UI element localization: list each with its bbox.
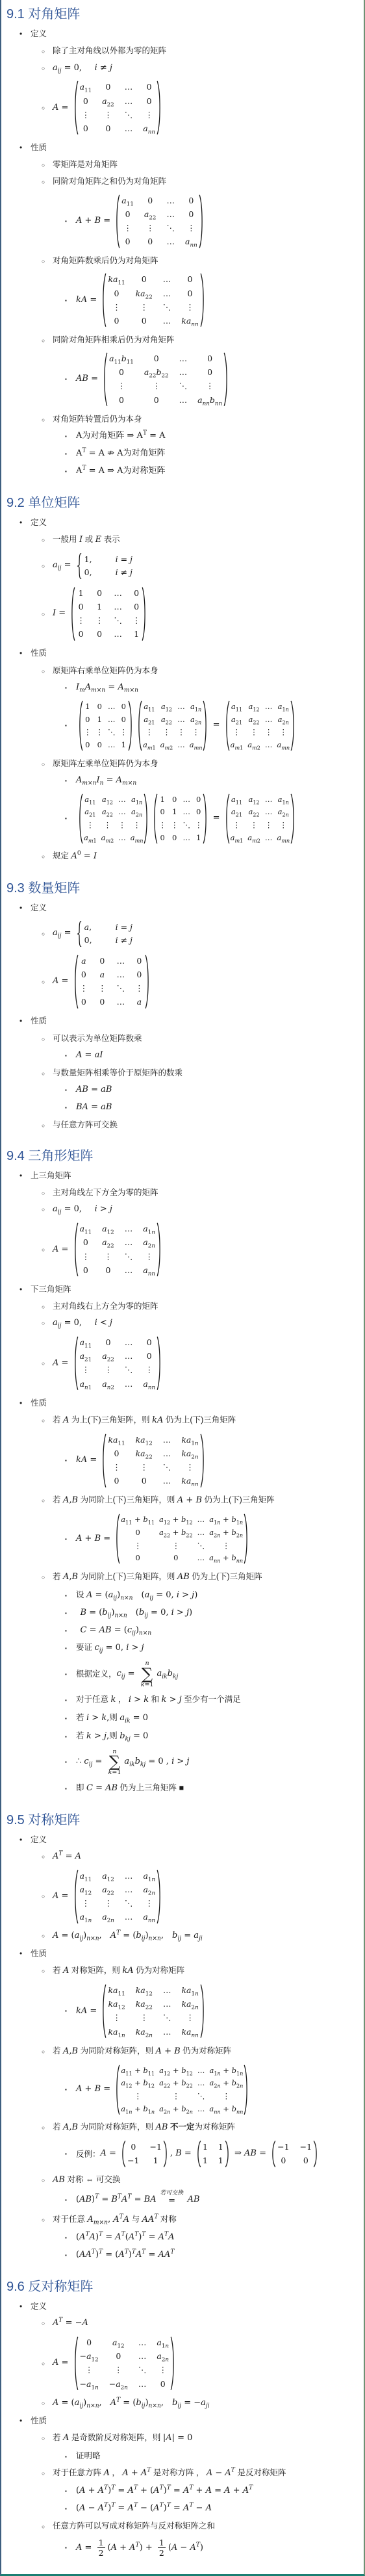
math-run: kA = [76,295,99,306]
text-run: 仍为上(下)三角矩阵 [202,1495,275,1505]
math-run: (A + AT)T = AT + (AT)T = AT + A = A + AT [76,2486,253,2497]
text-run: 仍为对称矩阵 [181,2046,232,2056]
list-item: •性质 [19,648,361,658]
circle-bullet-icon: ○ [42,48,53,55]
item-content: 若 A 是奇数阶反对称矩阵，则 |A| = 0 [53,2432,192,2444]
item-content: kA = ka11ka12…ka1nka12ka22…ka2n⋮⋮⋱⋮ka1nk… [76,1983,207,2039]
circle-bullet-icon: ○ [42,537,53,543]
square-bullet-icon: ▪ [65,1458,76,1463]
math-run: aij = 0, i > j [53,1204,112,1215]
matrix-cell: ⋱ [182,819,190,831]
item-content: aij = 0, i < j [53,1318,112,1329]
circle-bullet-icon: ○ [42,2217,53,2223]
text-run: 性质 [31,2415,47,2426]
list-item: ▪AT = A ⇒ A为对称矩阵 [65,466,361,477]
matrix: a0…00a…0⋮⋮⋱⋮00…a [73,954,150,1010]
matrix-cell: … [138,2378,147,2390]
matrix-cell: a [137,996,142,1008]
matrix-cell: ⋮ [233,727,241,738]
matrix-cell: am2 [247,740,260,751]
matrix-cell: ⋮ [172,1540,180,1551]
matrix-cell: a11 [231,701,242,712]
matrix-cell: … [125,81,133,93]
math-run: AB [53,2175,65,2186]
matrix-cell: 1 [79,587,84,599]
text-run: 上三角矩阵 [31,1170,71,1181]
list-item: ○主对角线左下方全为零的矩阵 [42,1187,361,1198]
math-run: A = [53,103,71,114]
list-item: ○对角矩阵转置后仍为本身 [42,414,361,424]
matrix-cell: a21 [231,806,242,818]
matrix-cell: −a1n [80,2378,99,2390]
list-item: ▪根据定义，cij = n∑k=1aikbkj [65,1660,361,1688]
circle-bullet-icon: ○ [42,979,53,985]
matrix-cell: ⋮ [134,2091,142,2102]
list-item: ▪若 k > j,则 bkj = 0 [65,1731,361,1742]
matrix-cell: a1n + b1n [209,1514,243,1525]
matrix-cell: … [197,2104,205,2115]
list-item: •性质 [19,1398,361,1408]
matrix-cell: ⋱ [125,1364,133,1376]
matrix-cell: ⋱ [117,983,125,994]
matrix-cell: a12 [248,701,259,712]
list-item: ▪反例：A = 0−1−11, B = 1111 ⇒ AB = −1−100 [65,2140,361,2168]
list-item: ○若 A,B 为同阶上(下)三角矩阵，则 AB 仍为上(下)三角矩阵 [42,1571,361,1583]
matrix-cell: 0 [79,628,84,640]
matrix-cell: ⋮ [133,819,141,831]
circle-bullet-icon: ○ [42,1853,53,1860]
matrix-grid: −1−100 [277,2141,312,2167]
matrix: a110…0a21a22…0⋮⋮⋱⋮an1an2…ann [73,1335,162,1391]
matrix-cell: 0 [97,701,102,712]
circle-bullet-icon: ○ [42,1246,53,1253]
matrix-paren-right-icon [203,701,208,751]
list-item: ▪证明略 [65,2451,361,2461]
matrix-cell: ann + bnn [209,2104,243,2115]
math-run: kA [152,1415,163,1426]
matrix-cell: ⋮ [206,380,214,392]
item-content: 主对角线右上方全为零的矩阵 [53,1301,158,1311]
list-item: •性质 [19,1948,361,1959]
matrix-cell: ka22 [136,288,153,300]
square-bullet-icon: ▪ [65,778,76,784]
math-run: A = [101,2148,120,2159]
matrix-cell: ⋮ [187,222,195,234]
circle-bullet-icon: ○ [42,853,53,860]
circle-bullet-icon: ○ [42,1036,53,1042]
item-content: 对于任意 Am×n, ATA 与 AAT 对称 [53,2214,177,2226]
matrix-paren-left-icon [78,793,83,844]
list-item: ○一般用 I 或 E 表示 [42,534,361,546]
circle-bullet-icon: ○ [42,611,53,617]
matrix-paren-right-icon [203,793,208,844]
matrix-cell: a [81,955,86,967]
item-content: 同阶对角矩阵之和仍为对角矩阵 [53,176,166,187]
matrix-cell: 0 [147,236,153,248]
list-item: ▪Am×nIn = Am×n [65,775,361,786]
text-run: 即 [76,1783,86,1793]
disc-bullet-icon: • [19,1171,31,1180]
matrix-cell: ⋮ [104,819,112,831]
matrix-cell: ⋱ [125,1251,133,1263]
matrix-cell: 0 [97,740,102,751]
item-content: ∴ cij = n∑k=1aikbkj = 0 , i > j [76,1749,189,1776]
square-bullet-icon: ▪ [65,433,76,439]
matrix-cell: a1n [143,1870,155,1882]
matrix-cell: −1 [277,2141,289,2153]
text-run: 零矩阵是对角矩阵 [53,159,118,170]
text-run: 证明略 [76,2451,101,2461]
matrix-cell: ⋱ [114,615,122,626]
matrix-cell: a11 [84,794,95,805]
matrix-cell: am1 [143,740,156,751]
matrix-cell: … [118,806,126,818]
disc-bullet-icon: • [19,1016,31,1025]
circle-bullet-icon: ○ [42,337,53,344]
matrix-cell: a11 [231,794,242,805]
list-item: ○aij = 1,i = j0,i ≠ j [42,552,361,580]
matrix-cell: 1 [218,2141,223,2153]
matrix-cell: 0 [85,740,90,751]
matrix-cell: ka12 [136,1985,153,1996]
math-run: A = [76,2543,95,2554]
matrix-cell: ⋮ [77,615,85,626]
matrix-cell: 0 [79,601,84,613]
item-content: AB = a11b110…00a22b22…0⋮⋮⋱⋮00…annbnn [76,352,231,407]
matrix: 0−1−11 [121,2140,168,2168]
summation-lower-limit: k=1 [141,1682,154,1688]
matrix: a11a12…a1na21a22…a2n⋮⋮⋮⋮am1am2…amn [137,700,208,752]
square-bullet-icon: ▪ [65,1610,76,1616]
list-item: ▪(A − AT)T = AT − (AT)T = AT − A [65,2503,361,2514]
item-content: 零矩阵是对角矩阵 [53,159,118,170]
item-content: 若 A,B 为同阶对称矩阵，则 AB 不一定为对称矩阵 [53,2122,235,2133]
math-run: B = (bij)n×n (bij = 0, i > j) [76,1608,192,1619]
matrix: a11a12…a1na21a22…a2n⋮⋮⋮⋮am1am2…amn [225,700,296,752]
matrix-cell: 0 [114,1448,120,1460]
matrix-cell: a1n [157,2337,169,2349]
matrix-cell: 0 [142,315,147,327]
list-item: ○零矩阵是对角矩阵 [42,159,361,170]
matrix-cell: … [125,96,133,107]
matrix-grid: a110…00a22…0⋮⋮⋱⋮00…ann [121,195,197,248]
disc-bullet-icon: • [19,1285,31,1294]
matrix-cell: ⋮ [146,222,155,234]
cases-expression: a,i = j0,i ≠ j [75,920,136,947]
matrix-grid: a11a12…a1n0a22…a2n⋮⋮⋱⋮00…ann [80,1223,155,1276]
square-bullet-icon: ▪ [65,469,76,474]
list-item: ▪A为对角矩阵 ⇒ AT = A [65,431,361,442]
matrix-paren-left-icon [115,2065,120,2115]
matrix-cell: a1n [278,701,289,712]
text-run: 原矩阵左乘单位矩阵仍为本身 [53,758,158,769]
matrix-cell: a1n + b1n [209,2065,243,2076]
matrix-cell: a22 + b22 [159,2078,193,2089]
matrix-cell: a21 [144,714,155,725]
list-item: ○同阶对角矩阵相乘后仍为对角矩阵 [42,335,361,345]
matrix-cell: a11 [80,1870,92,1882]
matrix-cell: … [163,1985,171,1996]
matrix-cell: … [163,1434,171,1446]
matrix: 1111 [196,2140,230,2168]
math-run: kA = [76,2006,99,2017]
square-bullet-icon: ▪ [65,2235,76,2241]
matrix-cell: a22 [102,1350,114,1362]
circle-bullet-icon: ○ [42,563,53,569]
matrix: a11b110…00a22b22…0⋮⋮⋱⋮00…annbnn [103,352,229,407]
matrix-cell: a2n [278,806,289,818]
circle-bullet-icon: ○ [42,162,53,168]
text-run: 主对角线左下方全为零的矩阵 [53,1187,158,1198]
list-item: ○与任意方阵可交换 [42,1120,361,1130]
matrix-cell: … [197,1552,205,1564]
matrix-cell: ⋮ [104,1364,112,1376]
list-item: ▪A = 12(A + AT) + 12(A − AT) [65,2538,361,2558]
list-item: ○A = a11a12…a1na12a22…a2n⋮⋮⋱⋮a1na2n…ann [42,1869,361,1925]
matrix-paren-left-icon [115,194,120,249]
square-bullet-icon: ▪ [65,1645,76,1651]
circle-bullet-icon: ○ [42,2435,53,2441]
matrix-cell: a2n [278,714,289,725]
matrix-cell: ann [143,1911,155,1923]
text-run: 要证 [76,1642,94,1653]
matrix-cell: ⋱ [125,1898,133,1909]
square-bullet-icon: ▪ [65,2252,76,2258]
matrix-paren-right-icon [200,273,205,328]
matrix: ka11ka12…ka1nka12ka22…ka2n⋮⋮⋱⋮ka1nka2n…k… [101,1983,205,2039]
matrix-cell: ⋮ [140,1462,148,1473]
item-content: 设 A = (aij)n×n (aij = 0, i > j) [76,1590,197,1601]
matrix-cell: 0 [121,714,126,725]
matrix: 10…001…0⋮⋮⋱⋮00…1 [153,793,208,845]
matrix-grid: 10…001…0⋮⋮⋱⋮00…1 [84,701,127,751]
list-item: ○A = a110…0a21a22…0⋮⋮⋱⋮an1an2…ann [42,1335,361,1391]
item-content: 定义 [31,517,47,528]
text-run: 定义 [31,29,47,39]
math-run: (ATA)T = AT(AT)T = ATA [76,2232,174,2243]
matrix-cell: 0 [160,832,165,844]
matrix-cell: amn [277,740,290,751]
matrix: a11 + b11a12 + b12…a1n + b1n0a22 + b22…a… [115,1513,249,1565]
math-run: A [63,1415,69,1426]
list-item: ○A = (aij)n×n, AT = (bij)n×n, bij = −aji [42,2398,361,2409]
square-bullet-icon: ▪ [65,2151,76,2157]
list-item: ○I = 10…001…0⋮⋮⋱⋮00…1 [42,586,361,642]
matrix-paren-left-icon [196,2141,201,2167]
matrix-cell: 0 [172,832,177,844]
math-run: (A − AT)T = AT − (AT)T = AT − A [76,2503,212,2514]
matrix-cell: 1 [196,832,201,844]
item-content: a11a12…a1na21a22…a2n⋮⋮⋮⋮am1am2…amn10…001… [76,793,297,845]
matrix: a11 + b11a12 + b12…a1n + b1na12 + b12a22… [115,2064,249,2116]
matrix-cell: … [108,740,116,751]
matrix-paren-right-icon [128,701,133,751]
matrix-cell: ann + bnn [209,1552,243,1564]
matrix-cell: … [177,714,185,725]
matrix-paren-right-icon [244,1513,249,1564]
square-bullet-icon: ▪ [65,2008,76,2014]
matrix-cell: ⋮ [98,983,107,994]
matrix-grid: 0a12…a1n−a120…a2n⋮⋮⋱⋮−a1n−a2n…0 [80,2337,169,2390]
square-bullet-icon: ▪ [65,685,76,691]
item-content: 性质 [31,648,47,658]
list-item: ▪设 A = (aij)n×n (aij = 0, i > j) [65,1590,361,1601]
item-content: AT = A [53,1851,81,1862]
item-content: AT = −A [53,2318,88,2329]
circle-bullet-icon: ○ [42,2048,53,2055]
list-item: •上三角矩阵 [19,1170,361,1181]
matrix-cell: ⋮ [120,727,128,738]
math-run: |A| = 0 [163,2433,193,2444]
list-item: ○对于任意方阵 A ， A + AT 是对称方阵 ， A − AT 是反对称矩阵 [42,2467,361,2479]
matrix-cell: 1 [121,740,126,751]
item-content: aij = 0, i ≠ j [53,63,112,74]
fraction-numerator: 1 [97,2538,105,2549]
matrix-cell: a11 [121,195,134,207]
item-content: 原矩阵左乘单位矩阵仍为本身 [53,758,158,769]
list-item: ▪要证 cij = 0, i > j [65,1642,361,1654]
matrix-cell: 1 [97,714,102,725]
circle-bullet-icon: ○ [42,2523,53,2530]
text-run: 主对角线右上方全为零的矩阵 [53,1301,158,1311]
summation: n∑k=1 [108,1749,121,1776]
matrix-paren-left-icon [121,2141,126,2167]
circle-bullet-icon: ○ [42,105,53,111]
matrix-cell: … [197,1514,205,1525]
item-content: 除了主对角线以外都为零的矩阵 [53,45,166,56]
item-content: 若 k > j,则 bkj = 0 [76,1731,148,1742]
list-item: •定义 [19,29,361,39]
matrix-cell: a22 + b22 [159,1527,193,1538]
item-content: 性质 [31,1948,47,1959]
list-item: ▪ImAm×n = Am×n [65,682,361,693]
list-item: ○主对角线右上方全为零的矩阵 [42,1301,361,1311]
matrix-paren-left-icon [271,2141,276,2167]
list-item: •性质 [19,142,361,153]
matrix-cell: kann [181,315,198,327]
matrix-cell: … [163,315,171,327]
disc-bullet-icon: • [19,2416,31,2425]
math-run: i > k [129,1695,149,1706]
text-run: 与数量矩阵相乘等价于原矩阵的数乘 [53,1068,182,1078]
math-run: aij = [53,928,74,939]
matrix-cell: ⋮ [112,302,121,313]
matrix-paren-right-icon [163,2141,168,2167]
list-item: ○AT = A [42,1851,361,1862]
matrix-cell: ann [143,1378,155,1390]
matrix-cell: a12 [102,1870,114,1882]
matrix-cell: am2 [101,832,114,844]
math-run: A = aI [76,1050,103,1061]
math-run: A,B [63,2122,78,2133]
text-run: 任意方阵可以写成对称矩阵与反对称矩阵之和 [53,2521,215,2531]
matrix-cell: ⋮ [135,983,144,994]
math-run: A0 = I [71,851,97,862]
matrix-paren-left-icon [73,1222,79,1277]
matrix-cell: 0 [119,394,124,406]
matrix: −1−100 [271,2140,318,2168]
matrix-cell: a22b22 [144,367,169,378]
matrix-cell: 0 [154,353,159,365]
list-item: ○除了主对角线以外都为零的矩阵 [42,45,361,56]
circle-bullet-icon: ○ [42,2400,53,2406]
matrix: a110…00a22…0⋮⋮⋱⋮00…ann [115,194,203,250]
matrix-grid: 0−1−11 [127,2141,162,2167]
section-heading: 9.5 对称矩阵 [6,1812,361,1828]
math-run: I = [53,608,68,619]
matrix-cell: 1 [97,601,102,613]
matrix: ka110…00ka22…0⋮⋮⋱⋮00…kann [101,272,205,328]
cases-cell: i ≠ j [116,567,132,578]
matrix-cell: ka12 [108,1998,125,2010]
matrix-paren-left-icon [101,1984,107,2039]
circle-bullet-icon: ○ [42,761,53,767]
fraction-numerator: 1 [158,2538,166,2549]
matrix-cell: ⋮ [177,727,185,738]
matrix-cell: −1 [150,2141,162,2153]
circle-bullet-icon: ○ [42,1933,53,1939]
item-content: 对角矩阵转置后仍为本身 [53,414,142,424]
text-run: 若 [53,1571,63,1582]
item-content: 规定 A0 = I [53,851,97,862]
annotated-equals: 若可交换= [160,2190,184,2205]
list-item: ○原矩阵右乘单位矩阵仍为本身 [42,665,361,676]
list-item: ○若 A,B 为同阶对称矩阵，则 AB 不一定为对称矩阵 [42,2122,361,2133]
list-item: ○对角矩阵数乘后仍为对角矩阵 [42,255,361,266]
math-run: AB [156,2122,168,2133]
list-item: •定义 [19,517,361,528]
item-content: 要证 cij = 0, i > j [76,1642,144,1654]
text-run: 表示 [101,534,120,545]
list-item: ▪对于任意 k ， i > k 和 k > j 至少有一个满足 [65,1694,361,1706]
matrix-cell: ⋱ [197,1540,205,1551]
matrix: 0a12…a1n−a120…a2n⋮⋮⋱⋮−a1n−a2n…0 [73,2336,175,2391]
matrix-grid: a11 + b11a12 + b12…a1n + b1na12 + b12a22… [121,2065,243,2115]
matrix-cell: 0 [147,1337,152,1348]
matrix-cell: ⋮ [145,1898,154,1909]
circle-bullet-icon: ○ [42,668,53,675]
cases-expression: 1,i = j0,i ≠ j [75,552,136,580]
matrix-cell: a22 [102,1884,114,1896]
matrix-cell: … [117,969,125,981]
math-run: aij = [53,560,74,571]
item-content: 若 A 为上(下)三角矩阵，则 kA 仍为上(下)三角矩阵 [53,1415,236,1426]
math-run: AT = −A [53,2318,88,2329]
matrix-cell: … [125,1265,133,1276]
text-run: 对于任意方阵 [53,2467,103,2478]
list-item: ○A = a110…00a22…0⋮⋮⋱⋮00…ann [42,80,361,136]
matrix-paren-left-icon [73,1336,79,1391]
math-run: cij = 0, i > j [94,1643,144,1654]
matrix-cell: ⋮ [265,819,273,831]
matrix-cell: … [166,195,175,207]
matrix-paren-right-icon [199,194,204,249]
matrix-cell: 0 [81,996,86,1008]
matrix-cell: … [138,2337,147,2349]
math-run: A = (aij)n×n, AT = (bij)n×n, bij = aji [53,1931,203,1942]
math-run: A,B [63,1495,78,1506]
list-item: ○若 A 对称矩阵，则 kA 仍为对称矩阵 [42,1965,361,1977]
matrix-cell: −a12 [80,2351,99,2362]
text-run: 若 [53,2046,63,2056]
matrix-grid: a11a12…a1na21a22…a2n⋮⋮⋮⋮am1am2…amn [231,701,290,751]
matrix-cell: … [179,353,188,365]
matrix-cell: 0 [173,1552,178,1564]
circle-bullet-icon: ○ [42,65,53,71]
item-content: AT = A ⇒ A为对称矩阵 [76,466,166,477]
item-content: A为对角矩阵 ⇒ AT = A [76,431,166,442]
item-content: 若 i > k,则 aik = 0 [76,1712,148,1724]
